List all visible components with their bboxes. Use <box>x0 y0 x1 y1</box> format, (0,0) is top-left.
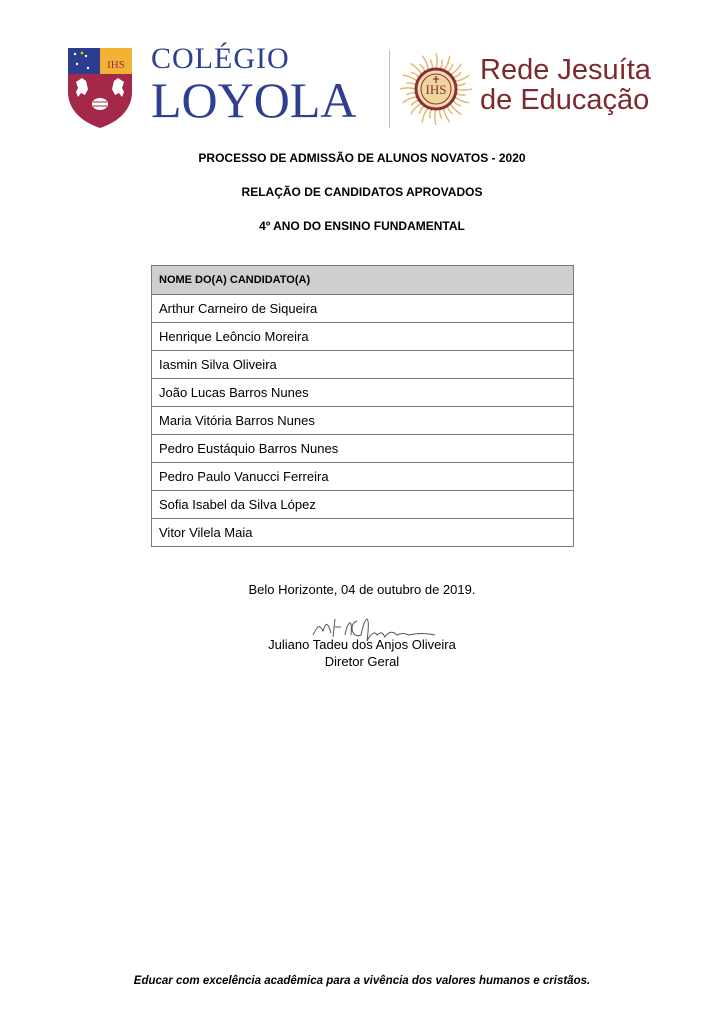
table-row: Iasmin Silva Oliveira <box>152 351 573 379</box>
footer-motto: Educar com excelência acadêmica para a v… <box>0 975 724 987</box>
svg-text:IHS: IHS <box>107 59 125 71</box>
signer-name: Juliano Tadeu dos Anjos Oliveira <box>0 636 724 653</box>
table-row: Arthur Carneiro de Siqueira <box>152 295 573 323</box>
school-name-line1: COLÉGIO <box>151 42 357 76</box>
shield-crest-icon: IHS <box>68 48 132 128</box>
school-name-logo: COLÉGIO LOYOLA <box>151 42 357 126</box>
table-row: Pedro Paulo Vanucci Ferreira <box>152 463 573 491</box>
approved-candidates-table: NOME DO(A) CANDIDATO(A) Arthur Carneiro … <box>151 265 574 547</box>
table-row: Henrique Leôncio Moreira <box>152 323 573 351</box>
place-date: Belo Horizonte, 04 de outubro de 2019. <box>0 582 724 597</box>
document-titles: PROCESSO DE ADMISSÃO DE ALUNOS NOVATOS -… <box>0 150 724 252</box>
table-row: Maria Vitória Barros Nunes <box>152 407 573 435</box>
svg-text:IHS: IHS <box>426 82 447 97</box>
document-header: IHS COLÉGIO LOYOLA IHS Rede Jesuíta de E… <box>0 0 724 140</box>
network-name-logo: Rede Jesuíta de Educação <box>480 55 651 115</box>
network-name-line2: de Educação <box>480 85 651 115</box>
title-approved-list: RELAÇÃO DE CANDIDATOS APROVADOS <box>0 184 724 218</box>
table-row: Vitor Vilela Maia <box>152 519 573 546</box>
signer-title: Diretor Geral <box>0 653 724 670</box>
title-admission-process: PROCESSO DE ADMISSÃO DE ALUNOS NOVATOS -… <box>0 150 724 184</box>
table-row: João Lucas Barros Nunes <box>152 379 573 407</box>
logo-divider <box>389 50 390 128</box>
signer-block: Juliano Tadeu dos Anjos Oliveira Diretor… <box>0 636 724 670</box>
table-row: Sofia Isabel da Silva López <box>152 491 573 519</box>
jesuit-sun-emblem-icon: IHS <box>396 52 476 126</box>
table-row: Pedro Eustáquio Barros Nunes <box>152 435 573 463</box>
school-name-line2: LOYOLA <box>151 74 357 126</box>
network-name-line1: Rede Jesuíta <box>480 55 651 85</box>
table-header: NOME DO(A) CANDIDATO(A) <box>152 266 573 295</box>
title-grade: 4º ANO DO ENSINO FUNDAMENTAL <box>0 218 724 252</box>
